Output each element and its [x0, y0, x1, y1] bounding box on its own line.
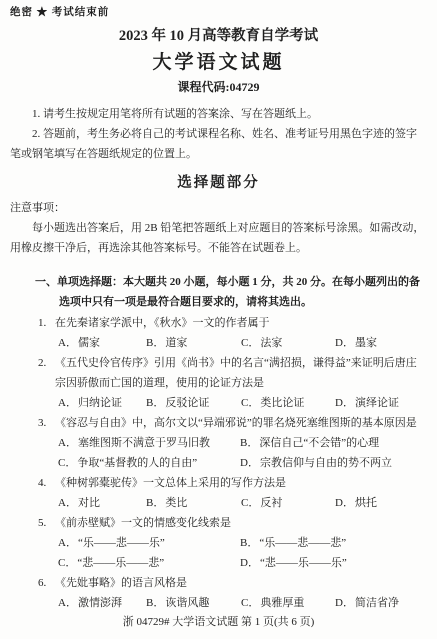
option-text: 反驳论证 [165, 397, 209, 409]
question-number: 1. [38, 313, 55, 333]
option-A: A．“乐——悲——乐” [58, 533, 240, 553]
option-label: D． [335, 497, 354, 509]
option-label: A． [58, 337, 77, 349]
option-label: D． [240, 457, 259, 469]
question-stem: 《五代史伶官传序》引用《尚书》中的名言“满招损，谦得益”来证明后唐庄宗因骄傲而亡… [55, 353, 427, 393]
question-options: A．激情澎湃B．诙谐风趣C．典雅厚重D．简洁省净 [58, 593, 427, 613]
option-text: 烘托 [355, 497, 377, 509]
course-code: 课程代码:04729 [10, 78, 427, 96]
option-text: 归纳论证 [78, 397, 122, 409]
question-number: 4. [38, 473, 55, 493]
option-label: D． [335, 397, 354, 409]
option-A: A．儒家 [58, 333, 146, 353]
option-D: D．演绎论证 [335, 393, 427, 413]
instruction-1: 1. 请考生按规定用笔将所有试题的答案涂、写在答题纸上。 [10, 104, 427, 124]
option-text: “悲——乐——乐” [260, 557, 347, 569]
question-stem: 《种树郭橐驼传》一文总体上采用的写作方法是 [55, 473, 427, 493]
question-stem-row: 6. 《先妣事略》的语言风格是 [38, 573, 427, 593]
option-label: A． [58, 497, 77, 509]
option-D: D．宗教信仰与自由的势不两立 [240, 453, 427, 473]
option-label: A． [58, 537, 77, 549]
question-options: A．归纳论证B．反驳论证C．类比论证D．演绎论证 [58, 393, 427, 413]
option-A: A．对比 [58, 493, 146, 513]
option-B: B．反驳论证 [146, 393, 241, 413]
option-D: D．烘托 [335, 493, 427, 513]
option-label: B． [146, 497, 164, 509]
option-label: A． [58, 437, 77, 449]
option-label: A． [58, 597, 77, 609]
instruction-2: 2. 答题前，考生务必将自己的考试课程名称、姓名、准考证号用黑色字迹的签字笔或钢… [10, 124, 427, 164]
notes-title: 注意事项： [10, 198, 427, 218]
option-C: C．争取“基督教的人的自由” [58, 453, 240, 473]
exam-session-title: 2023 年 10 月高等教育自学考试 [10, 25, 427, 47]
option-text: 塞维图斯不满意于罗马旧教 [78, 437, 210, 449]
notes-body: 每小题选出答案后，用 2B 铅笔把答题纸上对应题目的答案标号涂黑。如需改动，用橡… [10, 218, 427, 258]
question-number: 3. [38, 413, 55, 433]
option-text: 典雅厚重 [260, 597, 304, 609]
option-B: B．道家 [146, 333, 241, 353]
question-stem-row: 4. 《种树郭橐驼传》一文总体上采用的写作方法是 [38, 473, 427, 493]
option-text: 激情澎湃 [78, 597, 122, 609]
option-C: C．反衬 [241, 493, 335, 513]
option-text: 诙谐风趣 [165, 597, 209, 609]
option-text: “乐——悲——乐” [78, 537, 165, 549]
option-C: C．“悲——乐——悲” [58, 553, 240, 573]
option-text: 类比论证 [260, 397, 304, 409]
option-label: B． [240, 537, 258, 549]
option-label: C． [241, 497, 259, 509]
question-options: A．塞维图斯不满意于罗马旧教B．深信自己“不会错”的心理C．争取“基督教的人的自… [58, 433, 427, 473]
option-D: D．墨家 [335, 333, 427, 353]
option-D: D．“悲——乐——乐” [240, 553, 427, 573]
question-stem-row: 5. 《前赤壁赋》一文的情感变化线索是 [38, 513, 427, 533]
question-number: 6. [38, 573, 55, 593]
question-5: 5. 《前赤壁赋》一文的情感变化线索是 A．“乐——悲——乐”B．“乐——悲——… [38, 513, 427, 573]
option-text: 反衬 [260, 497, 282, 509]
option-label: B． [146, 597, 164, 609]
option-text: 简洁省净 [355, 597, 399, 609]
general-instructions: 1. 请考生按规定用笔将所有试题的答案涂、写在答题纸上。 2. 答题前，考生务必… [10, 104, 427, 164]
page-footer: 浙 04729# 大学语文试题 第 1 页(共 6 页) [10, 613, 427, 637]
option-label: C． [241, 597, 259, 609]
option-C: C．典雅厚重 [241, 593, 335, 613]
section-title-multiple-choice: 选择题部分 [10, 173, 427, 193]
question-2: 2. 《五代史伶官传序》引用《尚书》中的名言“满招损，谦得益”来证明后唐庄宗因骄… [38, 353, 427, 413]
question-stem-row: 1. 在先秦诸家学派中，《秋水》一文的作者属于 [38, 313, 427, 333]
question-stem-row: 2. 《五代史伶官传序》引用《尚书》中的名言“满招损，谦得益”来证明后唐庄宗因骄… [38, 353, 427, 393]
classification-banner: 绝密 ★ 考试结束前 [10, 5, 427, 21]
option-text: 儒家 [78, 337, 100, 349]
question-3: 3. 《容忍与自由》中，高尔文以“异端邪说”的罪名烧死塞维图斯的基本原因是 A．… [38, 413, 427, 473]
question-number: 5. [38, 513, 55, 533]
question-1: 1. 在先秦诸家学派中，《秋水》一文的作者属于 A．儒家B．道家C．法家D．墨家 [38, 313, 427, 353]
question-stem: 在先秦诸家学派中，《秋水》一文的作者属于 [55, 313, 427, 333]
option-text: 宗教信仰与自由的势不两立 [260, 457, 392, 469]
option-B: B．深信自己“不会错”的心理 [240, 433, 427, 453]
option-B: B．“乐——悲——悲” [240, 533, 427, 553]
question-4: 4. 《种树郭橐驼传》一文总体上采用的写作方法是 A．对比B．类比C．反衬D．烘… [38, 473, 427, 513]
option-label: B． [146, 397, 164, 409]
question-6: 6. 《先妣事略》的语言风格是 A．激情澎湃B．诙谐风趣C．典雅厚重D．简洁省净 [38, 573, 427, 613]
option-label: C． [58, 457, 76, 469]
option-C: C．法家 [241, 333, 335, 353]
option-text: 道家 [165, 337, 187, 349]
option-B: B．类比 [146, 493, 241, 513]
option-label: C． [241, 397, 259, 409]
option-text: 演绎论证 [355, 397, 399, 409]
option-text: 争取“基督教的人的自由” [77, 457, 197, 469]
option-text: “乐——悲——悲” [259, 537, 346, 549]
option-label: C． [241, 337, 259, 349]
option-label: D． [335, 597, 354, 609]
option-label: A． [58, 397, 77, 409]
option-text: “悲——乐——悲” [77, 557, 164, 569]
option-text: 深信自己“不会错”的心理 [259, 437, 379, 449]
question-stem-row: 3. 《容忍与自由》中，高尔文以“异端邪说”的罪名烧死塞维图斯的基本原因是 [38, 413, 427, 433]
question-number: 2. [38, 353, 55, 393]
option-label: C． [58, 557, 76, 569]
option-C: C．类比论证 [241, 393, 335, 413]
question-stem: 《先妣事略》的语言风格是 [55, 573, 427, 593]
exam-paper-page: 绝密 ★ 考试结束前 2023 年 10 月高等教育自学考试 大学语文试题 课程… [0, 0, 437, 639]
question-stem: 《容忍与自由》中，高尔文以“异端邪说”的罪名烧死塞维图斯的基本原因是 [55, 413, 427, 433]
option-A: A．激情澎湃 [58, 593, 146, 613]
paper-title: 大学语文试题 [10, 50, 427, 76]
question-options: A．“乐——悲——乐”B．“乐——悲——悲”C．“悲——乐——悲”D．“悲——乐… [58, 533, 427, 573]
option-label: D． [240, 557, 259, 569]
option-A: A．塞维图斯不满意于罗马旧教 [58, 433, 240, 453]
option-A: A．归纳论证 [58, 393, 146, 413]
notes-block: 注意事项： 每小题选出答案后，用 2B 铅笔把答题纸上对应题目的答案标号涂黑。如… [10, 198, 427, 258]
option-label: B． [240, 437, 258, 449]
option-D: D．简洁省净 [335, 593, 427, 613]
option-text: 类比 [165, 497, 187, 509]
option-label: B． [146, 337, 164, 349]
question-stem: 《前赤壁赋》一文的情感变化线索是 [55, 513, 427, 533]
question-options: A．儒家B．道家C．法家D．墨家 [58, 333, 427, 353]
option-text: 对比 [78, 497, 100, 509]
option-text: 墨家 [355, 337, 377, 349]
option-text: 法家 [260, 337, 282, 349]
questions: 1. 在先秦诸家学派中，《秋水》一文的作者属于 A．儒家B．道家C．法家D．墨家… [10, 313, 427, 613]
option-label: D． [335, 337, 354, 349]
option-B: B．诙谐风趣 [146, 593, 241, 613]
question-options: A．对比B．类比C．反衬D．烘托 [58, 493, 427, 513]
part1-heading: 一、单项选择题：本大题共 20 小题，每小题 1 分，共 20 分。在每小题列出… [35, 272, 427, 312]
